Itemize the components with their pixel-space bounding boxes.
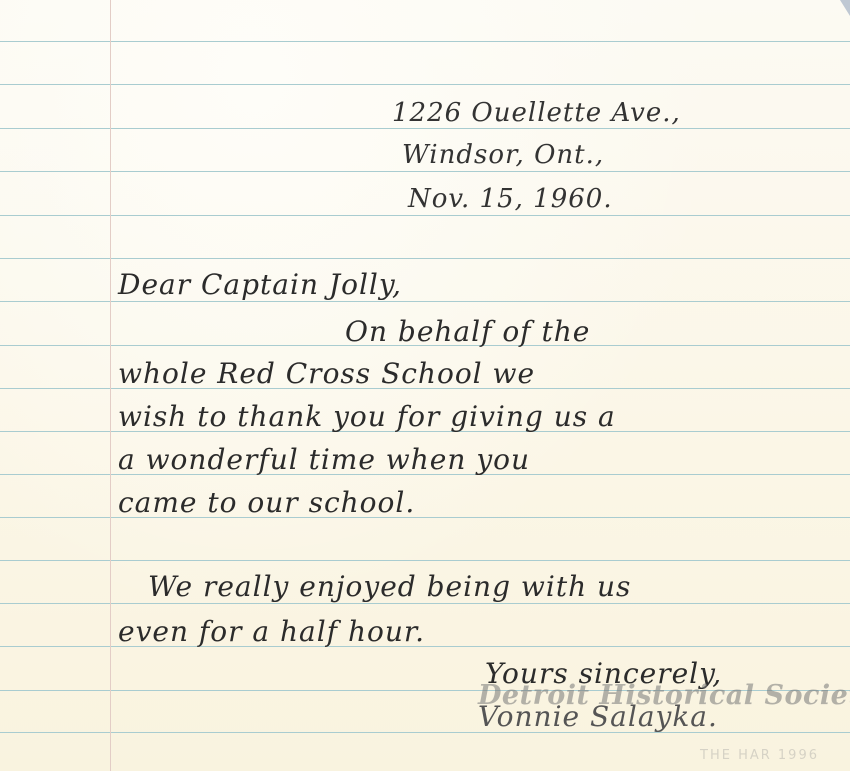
letter-date: Nov. 15, 1960. <box>408 184 613 214</box>
archive-stamp: THE HAR 1996 <box>700 748 819 763</box>
paper-corner <box>840 0 850 16</box>
address-street: 1226 Ouellette Ave., <box>392 98 681 128</box>
body-line: On behalf of the <box>345 315 590 348</box>
salutation: Dear Captain Jolly, <box>118 268 402 301</box>
body-line: a wonderful time when you <box>118 443 530 476</box>
ruled-line <box>0 301 850 302</box>
ruled-line <box>0 258 850 259</box>
body-line: wish to thank you for giving us a <box>118 400 616 433</box>
body-line: whole Red Cross School we <box>118 357 535 390</box>
letter-page: 1226 Ouellette Ave., Windsor, Ont., Nov.… <box>0 0 850 771</box>
body-line: came to our school. <box>118 486 415 519</box>
watermark: Detroit Historical Society <box>478 680 850 711</box>
ruled-line <box>0 128 850 129</box>
margin-line <box>110 0 111 771</box>
ruled-line <box>0 171 850 172</box>
ruled-line <box>0 41 850 42</box>
ruled-line <box>0 215 850 216</box>
body-line: even for a half hour. <box>118 615 425 648</box>
ruled-line <box>0 603 850 604</box>
body-line: We really enjoyed being with us <box>148 570 631 603</box>
address-city: Windsor, Ont., <box>402 140 604 170</box>
ruled-line <box>0 732 850 733</box>
ruled-line <box>0 84 850 85</box>
ruled-line <box>0 560 850 561</box>
